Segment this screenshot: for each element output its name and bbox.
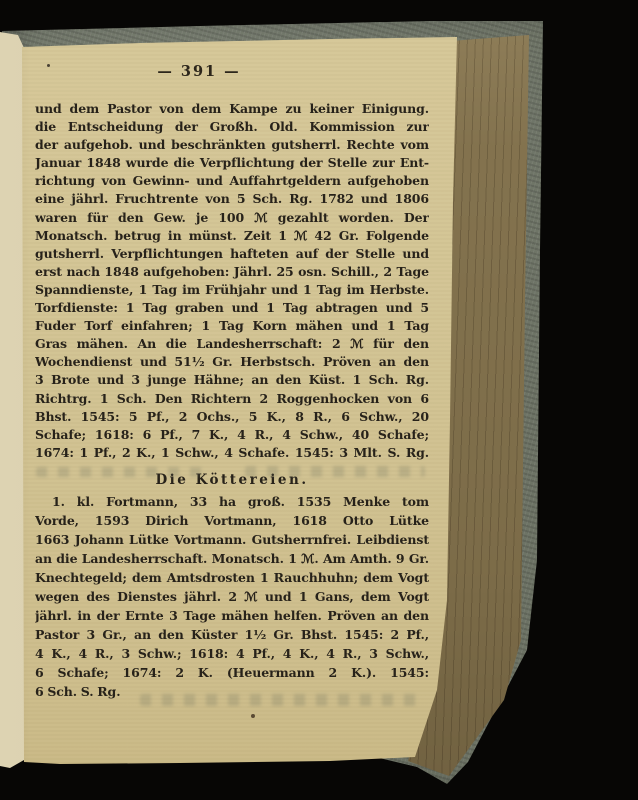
ink-bleedthrough: [245, 466, 425, 477]
ink-bleedthrough: [140, 694, 425, 706]
text-line: der aufgehob. und beschränkten gutsherrl…: [35, 136, 429, 154]
text-line: jährl. in der Ernte 3 Tage mähen helfen.…: [35, 606, 429, 625]
paragraph-2: 1. kl. Fortmann, 33 ha groß. 1535 Menke …: [35, 492, 429, 701]
text-line: 1. kl. Fortmann, 33 ha groß. 1535 Menke …: [35, 492, 429, 511]
text-line: waren für den Gew. je 100 ℳ gezahlt word…: [35, 209, 429, 227]
text-line: Vorde, 1593 Dirich Vortmann, 1618 Otto L…: [35, 511, 429, 530]
text-line: eine jährl. Fruchtrente von 5 Sch. Rg. 1…: [35, 190, 429, 208]
text-line: Richtrg. 1 Sch. Den Richtern 2 Roggenhoc…: [35, 390, 429, 408]
text-line: Fuder Torf einfahren; 1 Tag Korn mähen u…: [35, 317, 429, 335]
text-line: gutsherrl. Verpflichtungen hafteten auf …: [35, 245, 429, 263]
text-line: richtung von Gewinn- und Auffahrtgeldern…: [35, 172, 429, 190]
text-line: Spanndienste, 1 Tag im Frühjahr und 1 Ta…: [35, 281, 429, 299]
paper-speck: [251, 714, 255, 718]
text-line: Januar 1848 wurde die Verpflichtung der …: [35, 154, 429, 172]
book-page: — 391 — und dem Pastor von dem Kampe zu …: [0, 0, 638, 800]
text-line: die Entscheidung der Großh. Old. Kommiss…: [35, 118, 429, 136]
paper-speck: [47, 64, 50, 67]
text-line: Pastor 3 Gr., an den Küster 1½ Gr. Bhst.…: [35, 625, 429, 644]
text-line: Gras mähen. An die Landesherrschaft: 2 ℳ…: [35, 335, 429, 353]
text-line: 1663 Johann Lütke Vortmann. Gutsherrnfre…: [35, 530, 429, 549]
text-line: an die Landesherrschaft. Monatsch. 1 ℳ. …: [35, 549, 429, 568]
text-line: und dem Pastor von dem Kampe zu keiner E…: [35, 100, 429, 118]
ink-bleedthrough: [36, 467, 206, 477]
text-line: Schafe; 1618: 6 Pf., 7 K., 4 R., 4 Schw.…: [35, 426, 429, 444]
text-line: Knechtegeld; dem Amtsdrosten 1 Rauchhuhn…: [35, 568, 429, 587]
paragraph-1: und dem Pastor von dem Kampe zu keiner E…: [35, 100, 429, 462]
text-line: wegen des Dienstes jährl. 2 ℳ und 1 Gans…: [35, 587, 429, 606]
text-line: 1674: 1 Pf., 2 K., 1 Schw., 4 Schafe. 15…: [35, 444, 429, 462]
text-line: 4 K., 4 R., 3 Schw.; 1618: 4 Pf., 4 K., …: [35, 644, 429, 663]
text-line: 3 Brote und 3 junge Hähne; an den Küst. …: [35, 371, 429, 389]
text-line: Torfdienste: 1 Tag graben und 1 Tag abtr…: [35, 299, 429, 317]
text-line: Monatsch. betrug in münst. Zeit 1 ℳ 42 G…: [35, 227, 429, 245]
text-line: erst nach 1848 aufgehoben: Jährl. 25 osn…: [35, 263, 429, 281]
page-number: — 391 —: [34, 63, 364, 80]
book-photo: w.,fe.459363ftearSe-ord.g-m-46n-hrtdieℳo…: [0, 0, 638, 800]
text-line: 6 Schafe; 1674: 2 K. (Heuermann 2 K.). 1…: [35, 663, 429, 682]
text-line: Bhst. 1545: 5 Pf., 2 Ochs., 5 K., 8 R., …: [35, 408, 429, 426]
text-line: Wochendienst und 51½ Gr. Herbstsch. Pröv…: [35, 353, 429, 371]
